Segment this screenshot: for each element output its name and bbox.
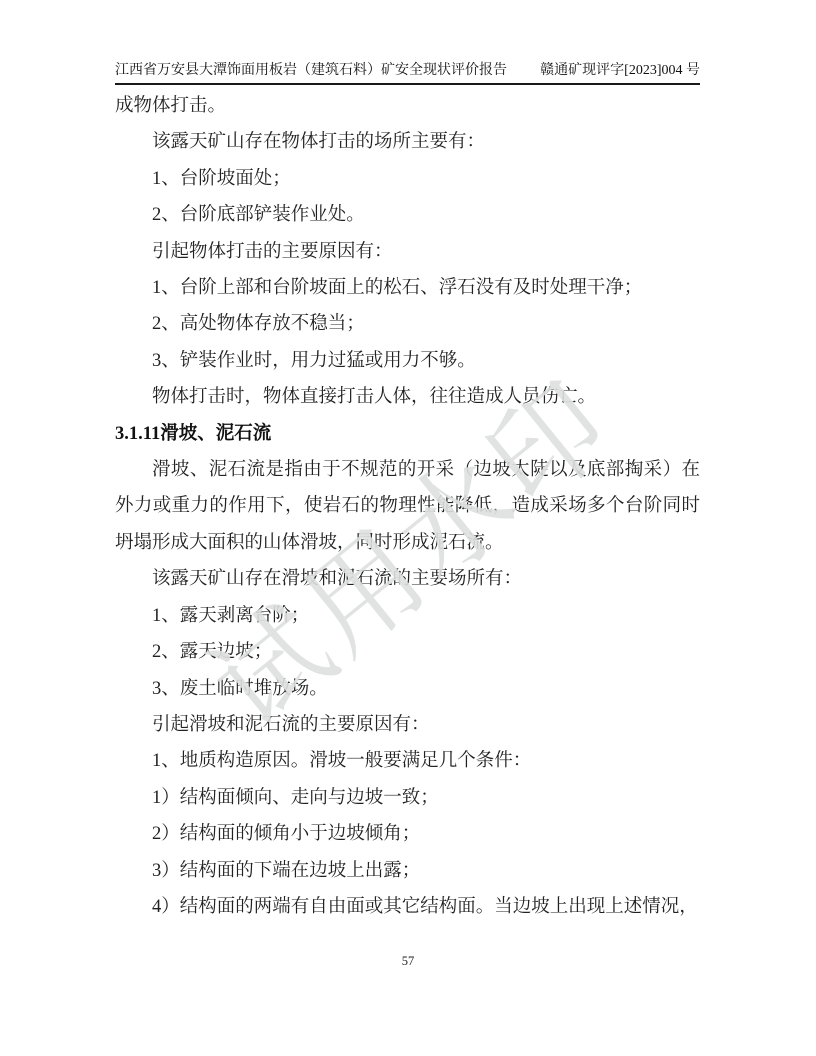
document-body: 成物体打击。 该露天矿山存在物体打击的场所主要有： 1、台阶坡面处； 2、台阶底… [115,88,700,925]
list-item: 3、铲装作业时，用力过猛或用力不够。 [115,343,700,379]
list-item: 1、台阶上部和台阶坡面上的松石、浮石没有及时处理干净； [115,270,700,306]
paragraph: 该露天矿山存在滑坡和泥石流的主要场所有： [115,561,700,597]
list-item: 1、地质构造原因。滑坡一般要满足几个条件： [115,743,700,779]
page-number: 57 [402,954,415,968]
paragraph: 引起物体打击的主要原因有： [115,234,700,270]
list-item: 2、高处物体存放不稳当； [115,306,700,342]
list-item: 3）结构面的下端在边坡上出露； [115,853,700,889]
paragraph: 成物体打击。 [115,88,700,124]
paragraph: 滑坡、泥石流是指由于不规范的开采（边坡太陡以及底部掏采）在外力或重力的作用下，使… [115,452,700,561]
paragraph: 该露天矿山存在物体打击的场所主要有： [115,124,700,160]
paragraph: 引起滑坡和泥石流的主要原因有： [115,707,700,743]
document-page: 江西省万安县大潭饰面用板岩（建筑石料）矿安全现状评价报告 赣通矿现评字[2023… [0,0,816,1056]
list-item: 4）结构面的两端有自由面或其它结构面。当边坡上出现上述情况， [115,889,700,925]
list-item: 1）结构面倾向、走向与边坡一致； [115,780,700,816]
header-report-title: 江西省万安县大潭饰面用板岩（建筑石料）矿安全现状评价报告 [115,59,507,79]
section-heading: 3.1.11滑坡、泥石流 [115,416,700,452]
page-footer: 57 [0,954,816,969]
list-item: 1、台阶坡面处； [115,161,700,197]
list-item: 3、废土临时堆放场。 [115,671,700,707]
list-item: 1、露天剥离台阶； [115,598,700,634]
page-header: 江西省万安县大潭饰面用板岩（建筑石料）矿安全现状评价报告 赣通矿现评字[2023… [115,59,700,79]
header-rule [115,83,700,85]
paragraph: 物体打击时，物体直接打击人体，往往造成人员伤亡。 [115,379,700,415]
list-item: 2）结构面的倾角小于边坡倾角； [115,816,700,852]
list-item: 2、露天边坡； [115,634,700,670]
list-item: 2、台阶底部铲装作业处。 [115,197,700,233]
header-document-number: 赣通矿现评字[2023]004 号 [540,59,700,79]
